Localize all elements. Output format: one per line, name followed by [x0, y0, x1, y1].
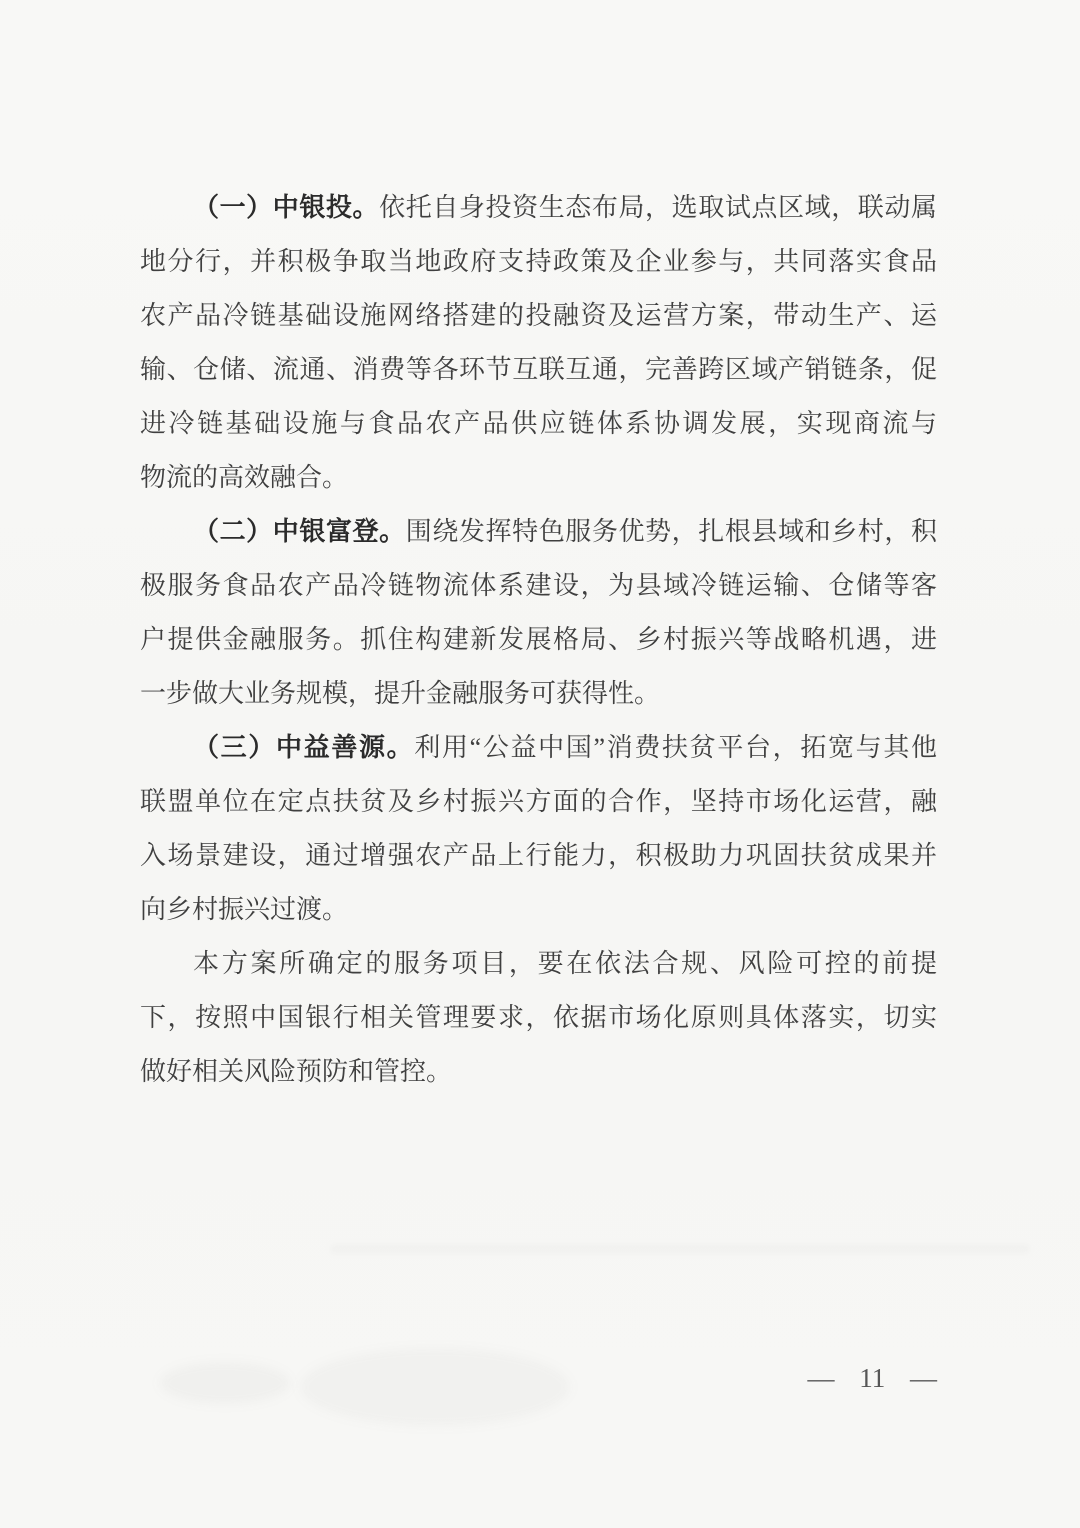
document-line: （一）中银投。依托自身投资生态布局，选取试点区域，联动属	[140, 181, 937, 235]
paragraph: （二）中银富登。围绕发挥特色服务优势，扎根县域和乡村，积极服务食品农产品冷链物流…	[140, 505, 937, 721]
document-line: 联盟单位在定点扶贫及乡村振兴方面的合作，坚持市场化运营，融	[140, 775, 937, 829]
line-text: 围绕发挥特色服务优势，扎根县域和乡村，积	[406, 517, 937, 546]
line-text: 一步做大业务规模，提升金融服务可获得性。	[140, 679, 660, 708]
line-text: 联盟单位在定点扶贫及乡村振兴方面的合作，坚持市场化运营，融	[140, 787, 937, 816]
document-line: 地分行，并积极争取当地政府支持政策及企业参与，共同落实食品	[140, 235, 937, 289]
document-line: （三）中益善源。利用“公益中国”消费扶贫平台，拓宽与其他	[140, 721, 937, 775]
line-text: 物流的高效融合。	[140, 463, 348, 492]
line-text: 本方案所确定的服务项目，要在依法合规、风险可控的前提	[193, 949, 937, 978]
document-line: 输、仓储、流通、消费等各环节互联互通，完善跨区域产销链条，促	[140, 343, 937, 397]
line-text: 依托自身投资生态布局，选取试点区域，联动属	[379, 193, 937, 222]
scanned-document-page: （一）中银投。依托自身投资生态布局，选取试点区域，联动属地分行，并积极争取当地政…	[0, 0, 1080, 1528]
line-text: 输、仓储、流通、消费等各环节互联互通，完善跨区域产销链条，促	[140, 355, 937, 384]
paragraph-lead: （一）中银投。	[193, 193, 379, 222]
line-text: 农产品冷链基础设施网络搭建的投融资及运营方案，带动生产、运	[140, 301, 937, 330]
document-line: 入场景建设，通过增强农产品上行能力，积极助力巩固扶贫成果并	[140, 829, 937, 883]
line-text: 地分行，并积极争取当地政府支持政策及企业参与，共同落实食品	[140, 247, 937, 276]
document-line: （二）中银富登。围绕发挥特色服务优势，扎根县域和乡村，积	[140, 505, 937, 559]
line-text: 做好相关风险预防和管控。	[140, 1057, 452, 1086]
document-line: 农产品冷链基础设施网络搭建的投融资及运营方案，带动生产、运	[140, 289, 937, 343]
page-number: — 11 —	[140, 1358, 937, 1398]
paragraph: 本方案所确定的服务项目，要在依法合规、风险可控的前提下，按照中国银行相关管理要求…	[140, 937, 937, 1099]
document-line: 一步做大业务规模，提升金融服务可获得性。	[140, 667, 937, 721]
line-text: 向乡村振兴过渡。	[140, 895, 348, 924]
document-line: 做好相关风险预防和管控。	[140, 1045, 937, 1099]
document-line: 本方案所确定的服务项目，要在依法合规、风险可控的前提	[140, 937, 937, 991]
line-text: 入场景建设，通过增强农产品上行能力，积极助力巩固扶贫成果并	[140, 841, 937, 870]
paragraph-lead: （三）中益善源。	[193, 733, 414, 762]
line-text: 利用“公益中国”消费扶贫平台，拓宽与其他	[414, 733, 937, 762]
line-text: 进冷链基础设施与食品农产品供应链体系协调发展，实现商流与	[140, 409, 937, 438]
paragraph-lead: （二）中银富登。	[193, 517, 406, 546]
line-text: 下，按照中国银行相关管理要求，依据市场化原则具体落实，切实	[140, 1003, 937, 1032]
scan-streak-artifact	[330, 1244, 1030, 1254]
paragraph: （三）中益善源。利用“公益中国”消费扶贫平台，拓宽与其他联盟单位在定点扶贫及乡村…	[140, 721, 937, 937]
document-line: 户提供金融服务。抓住构建新发展格局、乡村振兴等战略机遇，进	[140, 613, 937, 667]
line-text: 极服务食品农产品冷链物流体系建设，为县域冷链运输、仓储等客	[140, 571, 937, 600]
document-body: （一）中银投。依托自身投资生态布局，选取试点区域，联动属地分行，并积极争取当地政…	[140, 181, 937, 1099]
document-line: 下，按照中国银行相关管理要求，依据市场化原则具体落实，切实	[140, 991, 937, 1045]
line-text: 户提供金融服务。抓住构建新发展格局、乡村振兴等战略机遇，进	[140, 625, 937, 654]
document-line: 物流的高效融合。	[140, 451, 937, 505]
document-line: 进冷链基础设施与食品农产品供应链体系协调发展，实现商流与	[140, 397, 937, 451]
paragraph: （一）中银投。依托自身投资生态布局，选取试点区域，联动属地分行，并积极争取当地政…	[140, 181, 937, 505]
document-line: 极服务食品农产品冷链物流体系建设，为县域冷链运输、仓储等客	[140, 559, 937, 613]
document-line: 向乡村振兴过渡。	[140, 883, 937, 937]
